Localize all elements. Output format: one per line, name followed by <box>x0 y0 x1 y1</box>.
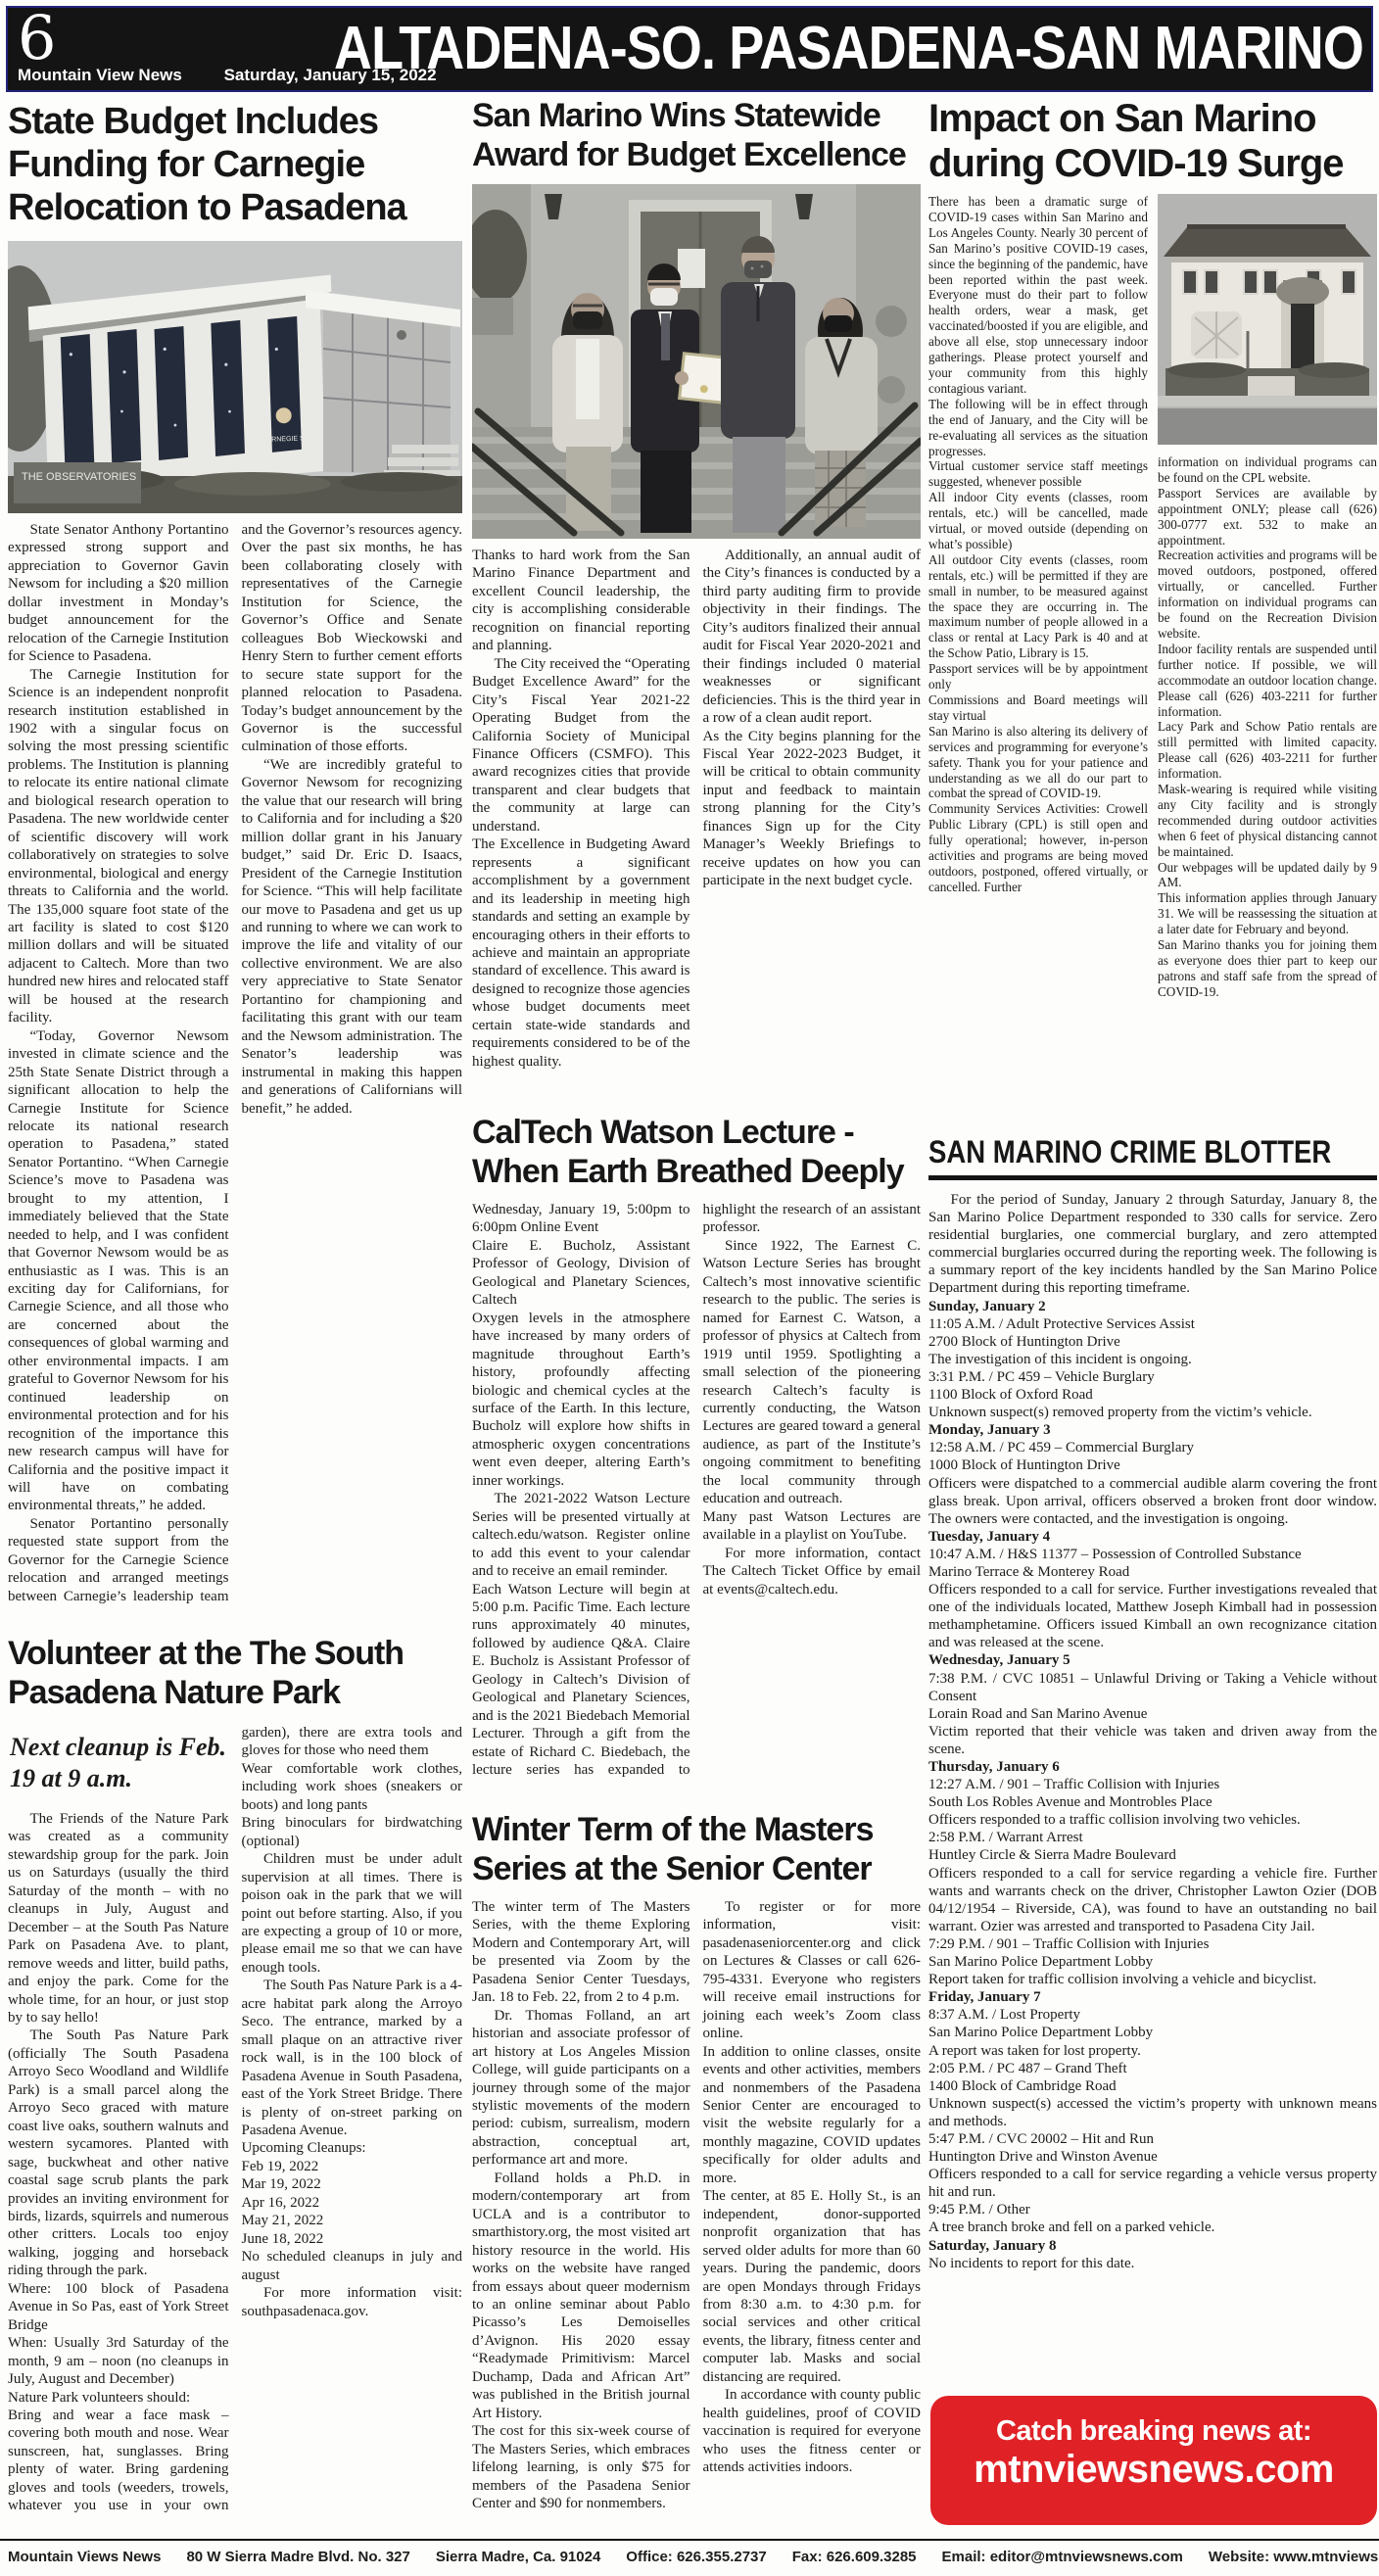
paragraph: Claire E. Bucholz, Assistant Professor o… <box>472 1237 690 1310</box>
masters-body: The winter term of The Masters Series, w… <box>472 1898 921 2547</box>
paragraph: Mar 19, 2022 <box>242 2175 463 2193</box>
page-number: 6 <box>18 2 56 73</box>
paragraph: Recreation activities and programs will … <box>1158 548 1377 641</box>
blotter-line: South Los Robles Avenue and Montrobles P… <box>928 1793 1377 1811</box>
paragraph: No scheduled cleanups in july and august <box>242 2248 463 2284</box>
paragraph: The South Pas Nature Park (officially Th… <box>8 2027 229 2279</box>
paragraph: Passport Services are available by appoi… <box>1158 486 1377 549</box>
blotter-headline: SAN MARINO CRIME BLOTTER <box>928 1134 1331 1169</box>
nature-headline: Volunteer at the The South Pasadena Natu… <box>8 1634 462 1712</box>
blotter-line: 1000 Block of Huntington Drive <box>928 1456 1377 1474</box>
paragraph: All indoor City events (classes, room re… <box>928 490 1148 552</box>
blotter-line: 9:45 P.M. / Other <box>928 2201 1377 2218</box>
covid-body-left: There has been a dramatic surge of COVID… <box>928 194 1148 1128</box>
masthead: Mountain View News <box>18 66 182 84</box>
blotter-line: 7:38 P.M. / CVC 10851 – Unlawful Driving… <box>928 1670 1377 1705</box>
paragraph: “Today, Governor Newsom invested in clim… <box>8 1027 229 1515</box>
masters-headline: Winter Term of the Masters Series at the… <box>472 1810 921 1888</box>
blotter-line: Monday, January 3 <box>928 1421 1377 1439</box>
covid-right-column: information on individual programs can b… <box>1158 194 1377 1128</box>
promo-line2: mtnviewsnews.com <box>930 2448 1377 2492</box>
blotter-rule <box>928 1175 1377 1180</box>
carnegie-body: State Senator Anthony Portantino express… <box>8 521 462 1620</box>
paragraph: The Carnegie Institution for Science is … <box>8 666 229 1027</box>
blotter-line: A report was taken for lost property. <box>928 2042 1377 2060</box>
footer-address: 80 W Sierra Madre Blvd. No. 327 <box>186 2549 409 2565</box>
paragraph: San Marino thanks you for joining them a… <box>1158 937 1377 1000</box>
blotter-line: Tuesday, January 4 <box>928 1528 1377 1546</box>
paragraph: Thanks to hard work from the San Marino … <box>472 547 690 655</box>
award-headline: San Marino Wins Statewide Award for Budg… <box>472 96 921 174</box>
paragraph: Since 1922, The Earnest C. Watson Lectur… <box>703 1237 922 1508</box>
paragraph: May 21, 2022 <box>242 2212 463 2229</box>
paragraph: Mask-wearing is required while visiting … <box>1158 782 1377 860</box>
paragraph: Feb 19, 2022 <box>242 2158 463 2175</box>
blotter-line: No incidents to report for this date. <box>928 2255 1377 2272</box>
paragraph: Many past Watson Lectures are available … <box>703 1508 922 1545</box>
paragraph: Indoor facility rentals are suspended un… <box>1158 642 1377 720</box>
blotter-line: 2:05 P.M. / PC 487 – Grand Theft <box>928 2060 1377 2077</box>
footer-rule <box>0 2539 1379 2541</box>
covid-headline: Impact on San Marino during COVID-19 Sur… <box>928 96 1377 186</box>
page-banner: 6 ALTADENA-SO. PASADENA-SAN MARINO Mount… <box>6 6 1373 92</box>
paragraph: Oxygen levels in the atmosphere have inc… <box>472 1310 690 1491</box>
carnegie-building-photo: CARNEGIE SCIENCE THE OBSERVATOR <box>8 241 462 513</box>
blotter-line: Unknown suspect(s) removed property from… <box>928 1404 1377 1421</box>
blotter-line: San Marino Police Department Lobby <box>928 1953 1377 1971</box>
paragraph: Commissions and Board meetings will stay… <box>928 692 1148 724</box>
paragraph: Bring binoculars for birdwatching (optio… <box>242 1814 463 1850</box>
nature-subhead: Next cleanup is Feb. 19 at 9 a.m. <box>10 1732 229 1794</box>
paragraph: The South Pas Nature Park is a 4-acre ha… <box>242 1977 463 2139</box>
paragraph: To register or for more information, vis… <box>703 1898 922 2043</box>
paragraph: Apr 16, 2022 <box>242 2194 463 2212</box>
blotter-line: Saturday, January 8 <box>928 2237 1377 2255</box>
blotter-line: 11:05 A.M. / Adult Protective Services A… <box>928 1315 1377 1333</box>
issue-date: Saturday, January 15, 2022 <box>224 66 437 84</box>
blotter-line: Sunday, January 2 <box>928 1298 1377 1315</box>
blotter-line: Victim reported that their vehicle was t… <box>928 1723 1377 1758</box>
paragraph: Lacy Park and Schow Patio rentals are st… <box>1158 719 1377 782</box>
blotter-line: 3:31 P.M. / PC 459 – Vehicle Burglary <box>928 1368 1377 1386</box>
footer-city: Sierra Madre, Ca. 91024 <box>436 2549 600 2565</box>
paragraph: All outdoor City events (classes, room r… <box>928 552 1148 661</box>
paragraph: Our webpages will be updated daily by 9 … <box>1158 860 1377 891</box>
breaking-news-promo: Catch breaking news at: mtnviewsnews.com <box>930 2396 1377 2525</box>
paragraph: Additionally, an annual audit of the Cit… <box>703 547 922 728</box>
paragraph: As the City begins planning for the Fisc… <box>703 728 922 890</box>
banner-subline: Mountain View News Saturday, January 15,… <box>18 66 474 85</box>
paragraph: The center, at 85 E. Holly St., is an in… <box>703 2187 922 2386</box>
watson-body: Wednesday, January 19, 5:00pm to 6:00pm … <box>472 1201 921 1796</box>
blotter-line: 10:47 A.M. / H&S 11377 – Possession of C… <box>928 1546 1377 1563</box>
blotter-line: Officers responded to a call for service… <box>928 1581 1377 1651</box>
blotter-line: Lorain Road and San Marino Avenue <box>928 1705 1377 1723</box>
blotter-line: For the period of Sunday, January 2 thro… <box>928 1191 1377 1298</box>
blotter-line: Report taken for traffic collision invol… <box>928 1971 1377 1988</box>
paragraph: The 2021-2022 Watson Lecture Series will… <box>472 1490 690 1580</box>
library-building-photo <box>1158 194 1377 445</box>
paragraph: Community Services Activities: Crowell P… <box>928 801 1148 894</box>
paragraph: There has been a dramatic surge of COVID… <box>928 194 1148 397</box>
paragraph: Passport services will be by appointment… <box>928 661 1148 692</box>
paragraph: The City received the “Operating Budget … <box>472 655 690 836</box>
page-footer: Mountain Views News 80 W Sierra Madre Bl… <box>8 2549 1377 2565</box>
paragraph: “We are incredibly grateful to Governor … <box>242 756 463 1118</box>
paragraph: Children must be under adult supervision… <box>242 1850 463 1977</box>
blotter-line: 2700 Block of Huntington Drive <box>928 1333 1377 1351</box>
award-body: Thanks to hard work from the San Marino … <box>472 547 921 1101</box>
blotter-line: Huntington Drive and Winston Avenue <box>928 2148 1377 2166</box>
paragraph: Where: 100 block of Pasadena Avenue in S… <box>8 2280 229 2334</box>
paragraph: In accordance with county public health … <box>703 2386 922 2476</box>
paragraph: information on individual programs can b… <box>1158 454 1377 486</box>
blotter-line: Officers were dispatched to a commercial… <box>928 1475 1377 1528</box>
paragraph: Upcoming Cleanups: <box>242 2139 463 2157</box>
blotter-line: 1400 Block of Cambridge Road <box>928 2077 1377 2095</box>
footer-email: Email: editor@mtnviewsnews.com <box>942 2549 1183 2565</box>
watson-headline: CalTech Watson Lecture - When Earth Brea… <box>472 1113 921 1191</box>
blotter-line: Friday, January 7 <box>928 1988 1377 2006</box>
paragraph: The Excellence in Budgeting Award repres… <box>472 835 690 1071</box>
blotter-line: Officers responded to a call for service… <box>928 2166 1377 2201</box>
paragraph: San Marino is also altering its delivery… <box>928 724 1148 802</box>
paragraph: The Friends of the Nature Park was creat… <box>8 1810 229 2027</box>
award-group-photo <box>472 184 921 539</box>
paragraph: Wednesday, January 19, 5:00pm to 6:00pm … <box>472 1201 690 1237</box>
blotter-line: Officers responded to a call for service… <box>928 1865 1377 1935</box>
paragraph: In addition to online classes, onsite ev… <box>703 2043 922 2188</box>
paragraph: Nature Park volunteers should: <box>8 2389 229 2407</box>
carnegie-headline: State Budget Includes Funding for Carneg… <box>8 100 462 229</box>
paragraph: This information applies through January… <box>1158 890 1377 937</box>
nature-body: Next cleanup is Feb. 19 at 9 a.m. The Fr… <box>8 1724 462 2547</box>
blotter-line: 8:37 A.M. / Lost Property <box>928 2006 1377 2024</box>
blotter-line: Officers responded to a traffic collisio… <box>928 1811 1377 1829</box>
paragraph: State Senator Anthony Portantino express… <box>8 521 229 666</box>
footer-fax: Fax: 626.609.3285 <box>792 2549 917 2565</box>
covid-article: There has been a dramatic surge of COVID… <box>928 194 1377 1128</box>
footer-office-phone: Office: 626.355.2737 <box>626 2549 766 2565</box>
blotter-line: 2:58 P.M. / Warrant Arrest <box>928 1829 1377 1846</box>
banner-title: ALTADENA-SO. PASADENA-SAN MARINO <box>334 14 1363 83</box>
blotter-line: Wednesday, January 5 <box>928 1651 1377 1669</box>
blotter-line: A tree branch broke and fell on a parked… <box>928 2218 1377 2236</box>
blotter-line: San Marino Police Department Lobby <box>928 2024 1377 2041</box>
footer-name: Mountain Views News <box>8 2549 161 2565</box>
paragraph: For more information, contact The Caltec… <box>703 1545 922 1598</box>
blotter-line: 7:29 P.M. / 901 – Traffic Collision with… <box>928 1935 1377 1953</box>
blotter-line: The investigation of this incident is on… <box>928 1351 1377 1368</box>
blotter-line: Huntley Circle & Sierra Madre Boulevard <box>928 1846 1377 1864</box>
paragraph: For more information visit: southpasaden… <box>242 2284 463 2320</box>
paragraph: Dr. Thomas Folland, an art historian and… <box>472 2007 690 2170</box>
paragraph: Folland holds a Ph.D. in modern/contempo… <box>472 2170 690 2422</box>
paragraph: Wear comfortable work clothes, including… <box>242 1760 463 1814</box>
photo-sign-label: THE OBSERVATORIES <box>22 471 136 483</box>
blotter-line: Marino Terrace & Monterey Road <box>928 1563 1377 1581</box>
paragraph: The following will be in effect through … <box>928 397 1148 459</box>
blotter-line: 5:47 P.M. / CVC 20002 – Hit and Run <box>928 2130 1377 2148</box>
newspaper-page: 6 ALTADENA-SO. PASADENA-SAN MARINO Mount… <box>0 0 1379 2576</box>
paragraph: June 18, 2022 <box>242 2230 463 2248</box>
paragraph: When: Usually 3rd Saturday of the month,… <box>8 2334 229 2388</box>
blotter-line: Unknown suspect(s) accessed the victim’s… <box>928 2095 1377 2130</box>
blotter-line: Thursday, January 6 <box>928 1758 1377 1776</box>
footer-website: Website: www.mtnviewsnews.com <box>1209 2549 1379 2565</box>
blotter-line: 1100 Block of Oxford Road <box>928 1386 1377 1404</box>
blotter-line: 12:58 A.M. / PC 459 – Commercial Burglar… <box>928 1439 1377 1456</box>
blotter-line: 12:27 A.M. / 901 – Traffic Collision wit… <box>928 1776 1377 1793</box>
promo-line1: Catch breaking news at: <box>930 2396 1377 2448</box>
blotter-body: For the period of Sunday, January 2 thro… <box>928 1191 1377 2378</box>
paragraph: Virtual customer service staff meetings … <box>928 458 1148 490</box>
paragraph: The cost for this six-week course of The… <box>472 2422 690 2512</box>
paragraph: The winter term of The Masters Series, w… <box>472 1898 690 2007</box>
covid-body-right: information on individual programs can b… <box>1158 454 1377 1128</box>
